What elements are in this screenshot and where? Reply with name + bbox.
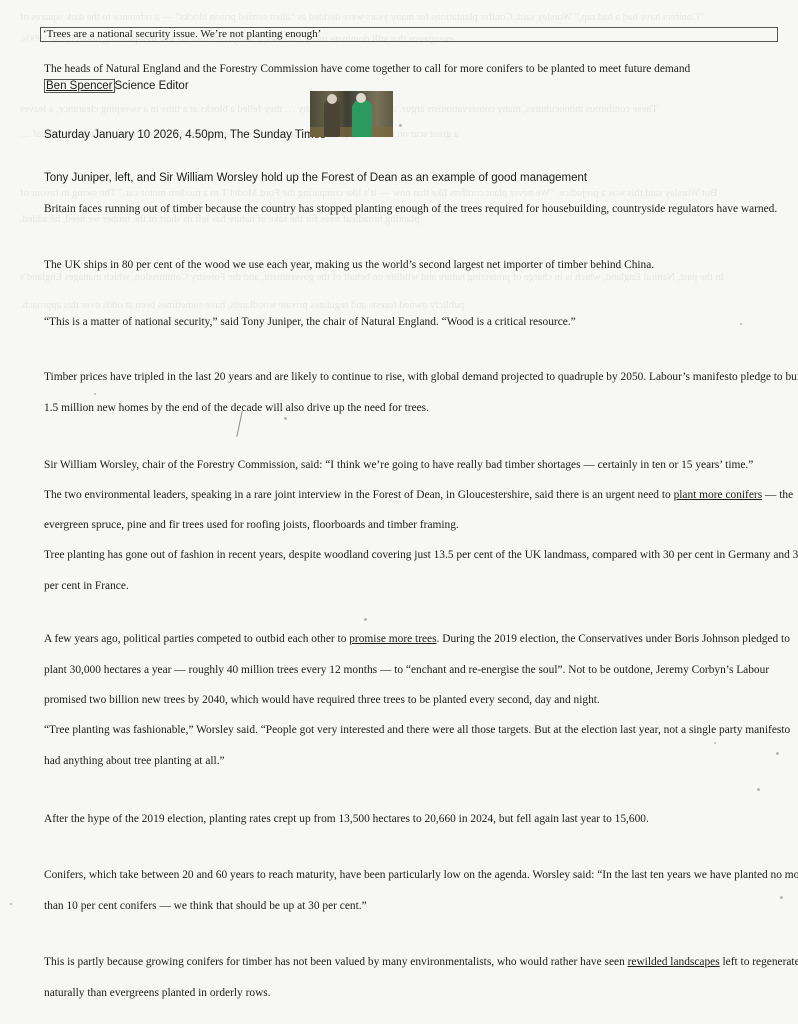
scan-speck <box>757 788 760 791</box>
paragraph-line: Conifers, which take between 20 and 60 y… <box>44 868 798 882</box>
paragraph-line: evergreen spruce, pine and fir trees use… <box>44 518 459 532</box>
promise-more-trees-link[interactable]: promise more trees <box>349 633 436 645</box>
scan-speck <box>399 124 402 127</box>
paragraph-line: This is partly because growing conifers … <box>44 955 798 969</box>
paragraph-line: plant 30,000 hectares a year — roughly 4… <box>44 663 769 677</box>
rewilded-landscapes-link[interactable]: rewilded landscapes <box>628 956 720 968</box>
paragraph-line: per cent in France. <box>44 579 129 593</box>
scan-speck <box>714 742 716 744</box>
scan-mark <box>236 411 242 437</box>
paragraph-line: “Tree planting was fashionable,” Worsley… <box>44 723 790 737</box>
photo-head-right <box>356 93 366 103</box>
paragraph: Britain faces running out of timber beca… <box>44 202 777 216</box>
dateline: Saturday January 10 2026, 4.50pm, The Su… <box>44 128 326 142</box>
paragraph-line: had anything about tree planting at all.… <box>44 754 225 768</box>
paragraph-line: than 10 per cent conifers — we think tha… <box>44 899 367 913</box>
paragraph: The UK ships in 80 per cent of the wood … <box>44 258 654 272</box>
scan-speck <box>284 417 287 420</box>
paragraph-line: A few years ago, political parties compe… <box>44 632 790 646</box>
paragraph-line: The two environmental leaders, speaking … <box>44 488 793 502</box>
scan-speck <box>740 323 742 325</box>
bleed-line: publicly owned forests and regulates pri… <box>20 300 464 311</box>
paragraph-line: naturally than evergreens planted in ord… <box>44 986 271 1000</box>
headline: ‘Trees are a national security issue. We… <box>43 27 321 41</box>
paragraph: Sir William Worsley, chair of the Forest… <box>44 458 753 472</box>
author-link[interactable]: Ben Spencer <box>44 79 115 93</box>
paragraph-line: promised two billion new trees by 2040, … <box>44 693 600 707</box>
article-photo[interactable] <box>310 91 393 137</box>
bleed-line: “Conifers have had a bad rap,” Worsley s… <box>20 12 704 23</box>
bleed-line: In the past, Natural England, which is i… <box>20 272 724 283</box>
author-role: Science Editor <box>115 80 189 92</box>
text-span: left to regenerate <box>720 956 798 968</box>
scan-speck <box>364 618 367 621</box>
photo-person-left <box>324 99 340 137</box>
paragraph-line: Tree planting has gone out of fashion in… <box>44 548 798 562</box>
paragraph-line: Timber prices have tripled in the last 2… <box>44 370 798 384</box>
bleed-line: But Worsley said this was a prejudice. “… <box>20 188 717 199</box>
scan-speck <box>94 393 96 395</box>
scan-speck <box>780 896 783 899</box>
standfirst: The heads of Natural England and the For… <box>44 62 690 76</box>
byline: Ben SpencerScience Editor <box>44 79 189 93</box>
paragraph: “This is a matter of national security,”… <box>44 315 576 329</box>
photo-person-right <box>352 100 372 137</box>
paragraph-line: 1.5 million new homes by the end of the … <box>44 401 429 415</box>
photo-caption: Tony Juniper, left, and Sir William Wors… <box>44 171 587 185</box>
text-span: The two environmental leaders, speaking … <box>44 489 674 501</box>
scan-speck <box>776 752 779 755</box>
plant-more-conifers-link[interactable]: plant more conifers <box>674 489 763 501</box>
text-span: . During the 2019 election, the Conserva… <box>437 633 790 645</box>
text-span: — the <box>762 489 793 501</box>
scan-speck <box>10 903 12 905</box>
text-span: A few years ago, political parties compe… <box>44 633 349 645</box>
photo-head-left <box>327 94 337 104</box>
paragraph: After the hype of the 2019 election, pla… <box>44 812 649 826</box>
text-span: This is partly because growing conifers … <box>44 956 628 968</box>
